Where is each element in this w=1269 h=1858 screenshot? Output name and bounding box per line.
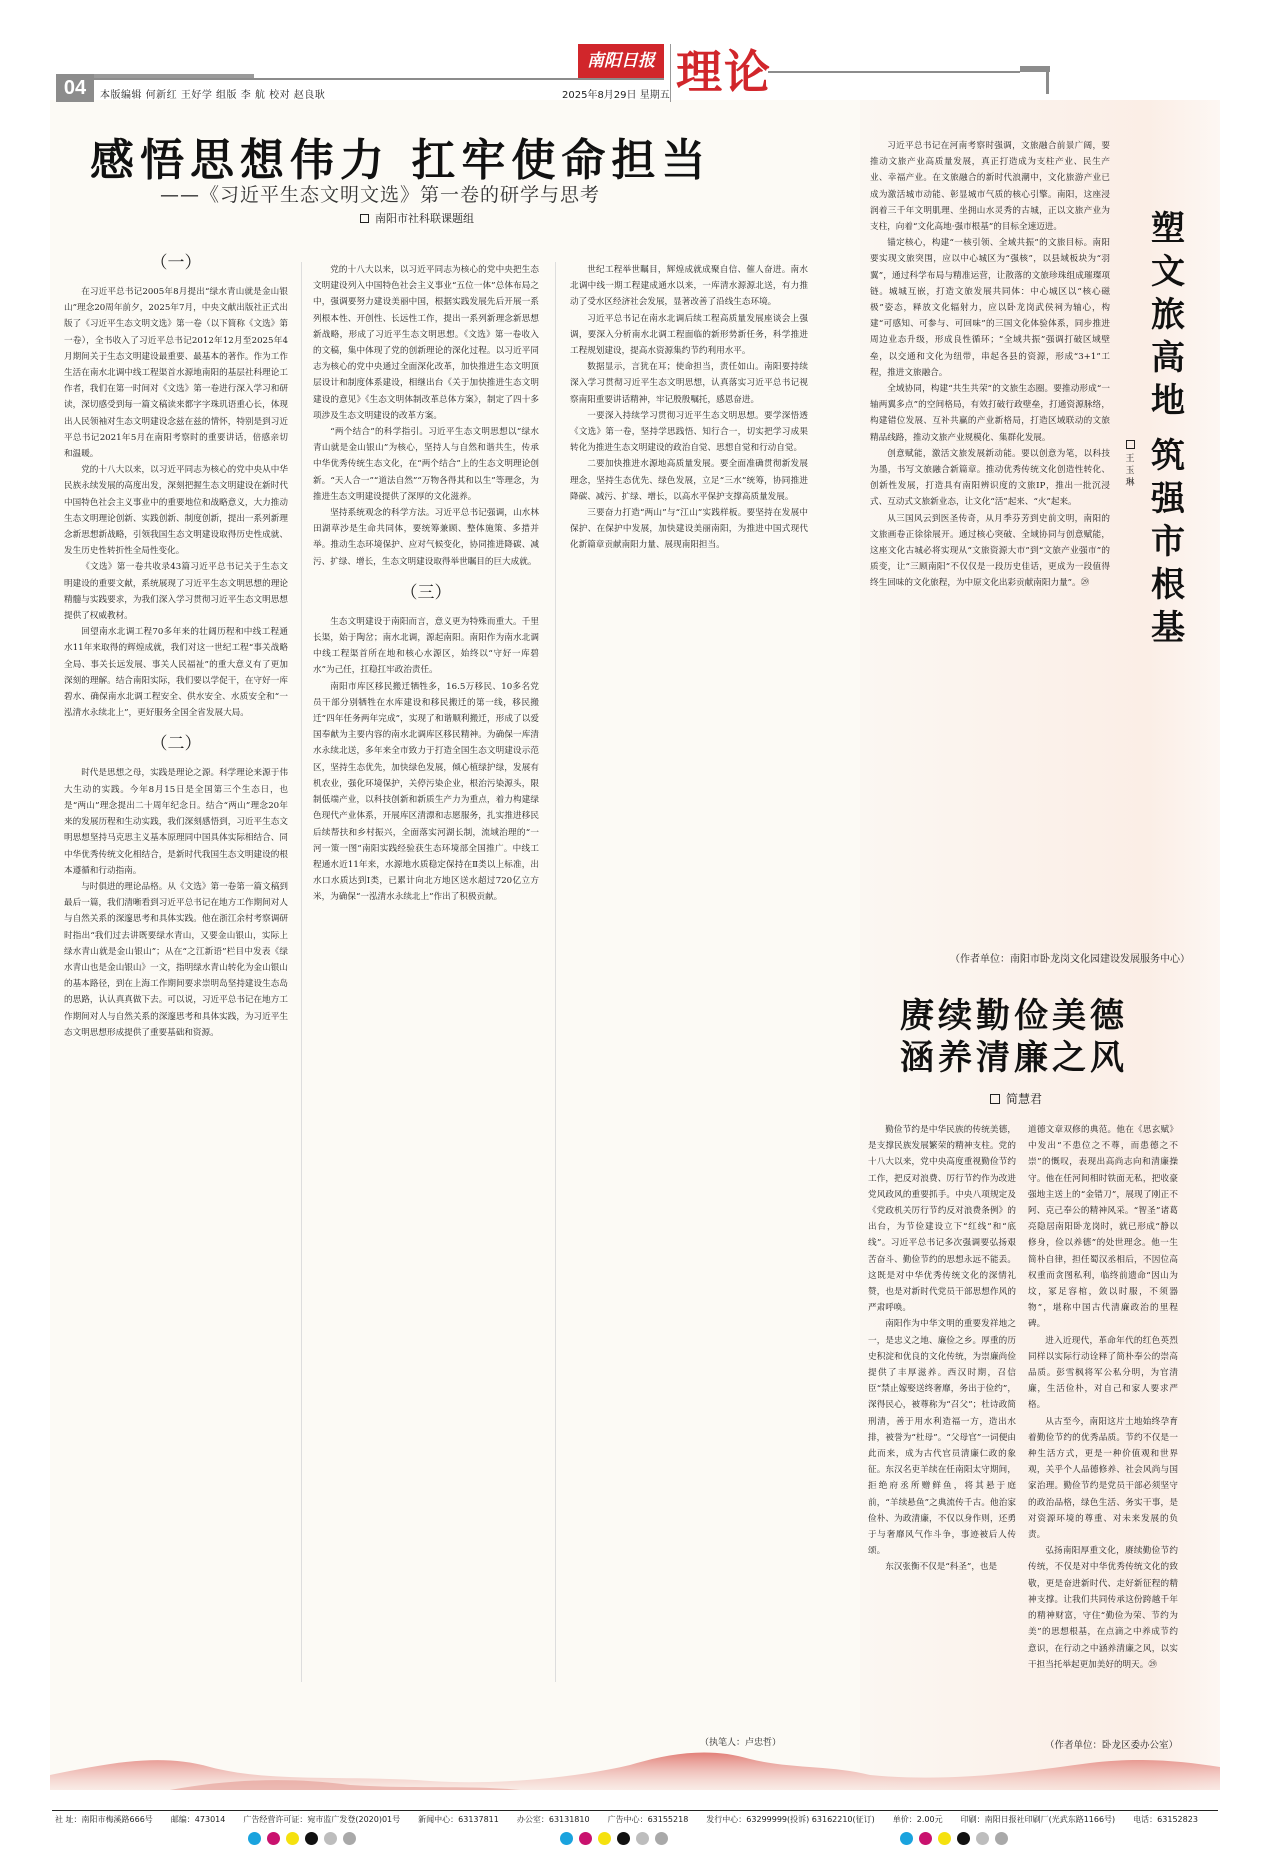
title-char: 市 [1151, 522, 1185, 562]
title-char: 根 [1151, 565, 1185, 605]
cyan-dot-icon [560, 1832, 573, 1845]
title-char: 高 [1151, 338, 1185, 378]
cyan-dot-icon [248, 1832, 261, 1845]
byline-text: 南阳市社科联课题组 [375, 212, 474, 225]
footer-phone: 电话：63152823 [1133, 1814, 1198, 1825]
black-dot-icon [617, 1832, 630, 1845]
culture-tourism-article-title: 塑 文 旅 高 地 筑 强 市 根 基 [1146, 208, 1190, 650]
paragraph: 习近平总书记在河南考察时强调，文旅融合前景广阔，要推动文旅产业高质量发展，真正打… [870, 138, 1110, 235]
editors-credit: 本版编辑 何新红 王好学 组版 李 航 校对 赵良耿 [100, 86, 325, 101]
paragraph: 从古至今，南阳这片土地始终孕育着勤俭节约的优秀品质。节约不仅是一种生活方式，更是… [1028, 1414, 1178, 1544]
yellow-dot-icon [598, 1832, 611, 1845]
paragraph: 在习近平总书记2005年8月提出“绿水青山就是金山银山”理念20周年前夕，202… [64, 284, 288, 462]
footer-license: 广告经营许可证：宛市监广发登(2020)01号 [243, 1814, 400, 1825]
main-article-column-3: 世纪工程举世瞩目，辉煌成就成聚自信、催人奋进。南水北调中线一期工程建成通水以来，… [570, 262, 808, 1702]
masthead-rule-corner [1046, 66, 1049, 94]
title-char: 强 [1151, 479, 1185, 519]
masthead-rule-right [768, 71, 1020, 73]
paragraph: 习近平总书记在南水北调后续工程高质量发展座谈会上强调，要深入分析南水北调工程面临… [570, 311, 808, 360]
byline-box-icon [360, 214, 369, 223]
paragraph: 全域协同，构建“共生共荣”的文旅生态圈。要推动形成“一轴两翼多点”的空间格局，有… [870, 381, 1110, 446]
paragraph: 党的十八大以来，以习近平同志为核心的党中央从中华民族永续发展的高度出发，深刻把握… [64, 462, 288, 559]
paragraph: 坚持系统观念的科学方法。习近平总书记强调，山水林田湖草沙是生命共同体，要统筹兼顾… [313, 505, 539, 570]
title-gap [1146, 423, 1190, 435]
title-char: 旅 [1151, 295, 1185, 335]
paragraph: 党的十八大以来，以习近平同志为核心的党中央把生态文明建设列入中国特色社会主义事业… [313, 262, 539, 424]
footer-rule [52, 1810, 1218, 1811]
magenta-dot-icon [579, 1832, 592, 1845]
title-char: 基 [1151, 608, 1185, 648]
footer-distribution: 发行中心：63299999(投诉) 63162210(征订) [706, 1814, 874, 1825]
paragraph: “两个结合”的科学指引。习近平生态文明思想以“绿水青山就是金山银山”为核心，坚持… [313, 424, 539, 505]
paragraph: 道德文章双修的典范。他在《思玄赋》中发出“不患位之不尊，而患德之不崇”的慨叹，表… [1028, 1122, 1178, 1333]
newspaper-logo: 南阳日报 [578, 44, 664, 78]
title-char: 筑 [1151, 436, 1185, 476]
paragraph: 进入近现代，革命年代的红色英烈同样以实际行动诠释了简朴奉公的崇高品质。彭雪枫将军… [1028, 1333, 1178, 1414]
title-line: 涵养清廉之风 [900, 1037, 1128, 1079]
title-char: 地 [1151, 381, 1185, 421]
thrift-article-column-2: 道德文章双修的典范。他在《思玄赋》中发出“不患位之不尊，而患德之不崇”的慨叹，表… [1028, 1122, 1178, 1722]
section-heading: （一） [64, 246, 288, 280]
main-article-column-1: （一） 在习近平总书记2005年8月提出“绿水青山就是金山银山”理念20周年前夕… [64, 240, 288, 1660]
main-article-column-2: 党的十八大以来，以习近平同志为核心的党中央把生态文明建设列入中国特色社会主义事业… [313, 262, 539, 1662]
thrift-article-byline: 简慧君 [990, 1090, 1042, 1107]
byline-text: 王玉琳 [1125, 454, 1134, 488]
title-line: 赓续勤俭美德 [900, 995, 1128, 1037]
issue-date: 2025年8月29日 星期五 [562, 86, 670, 101]
footer-address: 社 址：南阳市梅溪路666号 [55, 1814, 153, 1825]
column-divider [555, 262, 556, 1682]
registration-marks [560, 1832, 668, 1845]
section-title: 理论 [676, 42, 772, 102]
culture-tourism-article-body: 习近平总书记在河南考察时强调，文旅融合前景广阔，要推动文旅产业高质量发展，真正打… [870, 138, 1110, 938]
culture-tourism-author-unit: （作者单位：南阳市卧龙岗文化园建设发展服务中心） [950, 950, 1190, 965]
gray-dot-icon [655, 1832, 668, 1845]
paragraph: 从三国风云到医圣传奇，从月季芬芳到史前文明，南阳的文旅画卷正徐徐展开。通过核心突… [870, 511, 1110, 592]
yellow-dot-icon [286, 1832, 299, 1845]
masthead: 04 本版编辑 何新红 王好学 组版 李 航 校对 赵良耿 2025年8月29日… [0, 0, 1269, 100]
paragraph: 南阳市库区移民搬迁牺牲多，16.5万移民、10多名党员干部分别牺牲在水库建设和移… [313, 679, 539, 906]
paragraph: 一要深入持续学习贯彻习近平生态文明思想。要学深悟透《文选》第一卷，坚持学思践悟、… [570, 408, 808, 457]
paragraph: 时代是思想之母，实践是理论之源。科学理论来源于伟大生动的实践。今年8月15日是全… [64, 765, 288, 878]
footer-price: 单价：2.00元 [893, 1814, 943, 1825]
cyan-dot-icon [900, 1832, 913, 1845]
paragraph: 东汉张衡不仅是“科圣”，也是 [868, 1559, 1016, 1575]
magenta-dot-icon [919, 1832, 932, 1845]
footer-news-center: 新闻中心：63137811 [418, 1814, 499, 1825]
title-char: 塑 [1151, 209, 1185, 249]
magenta-dot-icon [267, 1832, 280, 1845]
main-article-byline: 南阳市社科联课题组 [360, 210, 474, 226]
mountain-decoration-icon [50, 1745, 1220, 1790]
paragraph: 锚定核心，构建“一核引领、全域共振”的文旅目标。南阳要实现文旅突围，应以中心城区… [870, 235, 1110, 381]
footer-ad-center: 广告中心：63155218 [608, 1814, 689, 1825]
paragraph: 勤俭节约是中华民族的传统美德，是支撑民族发展繁荣的精神支柱。党的十八大以来，党中… [868, 1122, 1016, 1316]
black-dot-icon [957, 1832, 970, 1845]
paragraph: 《文选》第一卷共收录43篇习近平总书记关于生态文明建设的重要文献，系统展现了习近… [64, 559, 288, 624]
paragraph: 南阳作为中华文明的重要发祥地之一，是忠义之地、廉俭之乡。厚重的历史积淀和优良的文… [868, 1316, 1016, 1559]
black-dot-icon [305, 1832, 318, 1845]
gray-dot-icon [343, 1832, 356, 1845]
byline-text: 简慧君 [1006, 1092, 1042, 1106]
culture-tourism-byline: 王玉琳 [1124, 440, 1136, 489]
registration-marks [900, 1832, 1008, 1845]
thrift-article-column-1: 勤俭节约是中华民族的传统美德，是支撑民族发展繁荣的精神支柱。党的十八大以来，党中… [868, 1122, 1016, 1742]
column-divider [301, 262, 302, 1682]
page-number: 04 [56, 74, 94, 102]
gray-dot-icon [636, 1832, 649, 1845]
paragraph: 三要奋力打造“两山”与“江山”实践样板。要坚持在发展中保护、在保护中发展，加快建… [570, 505, 808, 554]
section-heading: （三） [313, 576, 539, 610]
paragraph: 创意赋能，激活文旅发展新动能。要以创意为笔，以科技为墨，书写文旅融合新篇章。推动… [870, 446, 1110, 511]
gray-dot-icon [995, 1832, 1008, 1845]
registration-marks [248, 1832, 356, 1845]
title-char: 文 [1151, 252, 1185, 292]
paragraph: 回望南水北调工程70多年来的壮阔历程和中线工程通水11年来取得的辉煌成就，我们对… [64, 624, 288, 721]
gray-dot-icon [324, 1832, 337, 1845]
section-heading: （二） [64, 727, 288, 761]
footer-info: 社 址：南阳市梅溪路666号 邮编：473014 广告经营许可证：宛市监广发登(… [55, 1814, 1225, 1825]
footer-printer: 印刷：南阳日报社印刷厂(光武东路1166号) [961, 1814, 1116, 1825]
paragraph: 世纪工程举世瞩目，辉煌成就成聚自信、催人奋进。南水北调中线一期工程建成通水以来，… [570, 262, 808, 311]
footer-office: 办公室：63131810 [517, 1814, 590, 1825]
paragraph: 二要加快推进水源地高质量发展。要全面准确贯彻新发展理念，坚持生态优先、绿色发展，… [570, 456, 808, 505]
masthead-divider [670, 44, 671, 102]
main-article-title: 感悟思想伟力 扛牢使命担当 [90, 124, 711, 188]
paragraph: 弘扬南阳厚重文化，赓续勤俭节约传统，不仅是对中华优秀传统文化的致敬，更是奋进新时… [1028, 1543, 1178, 1673]
yellow-dot-icon [938, 1832, 951, 1845]
paragraph: 与时俱进的理论品格。从《文选》第一卷第一篇文稿到最后一篇，我们清晰看到习近平总书… [64, 879, 288, 1041]
thrift-article-title: 赓续勤俭美德 涵养清廉之风 [900, 995, 1128, 1079]
gray-dot-icon [976, 1832, 989, 1845]
footer-postcode: 邮编：473014 [171, 1814, 226, 1825]
paragraph: 数据显示，言犹在耳；使命担当，责任如山。南阳要持续深入学习贯彻习近平生态文明思想… [570, 359, 808, 408]
paragraph: 生态文明建设于南阳而言，意义更为特殊而重大。千里长渠，始于陶岔；南水北调，源起南… [313, 614, 539, 679]
masthead-rule-long [94, 78, 664, 80]
byline-box-icon [1126, 440, 1135, 449]
main-article-subtitle: ——《习近平生态文明文选》第一卷的研学与思考 [160, 180, 600, 207]
byline-box-icon [990, 1094, 1000, 1104]
